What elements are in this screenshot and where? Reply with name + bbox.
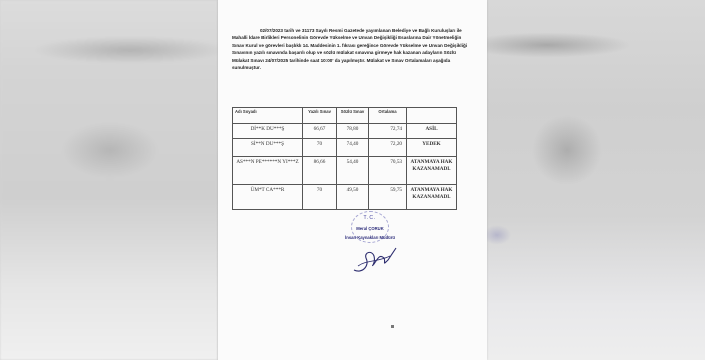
blurred-background-right [487,0,705,360]
table-header-row: Adı Soyadı Yazılı Sınav Sözlü Sınav Orta… [233,108,457,124]
signer-name: Meral ÇORUK [338,224,402,233]
header-average: Ortalama [369,108,407,124]
header-name: Adı Soyadı [233,108,303,124]
table-row: Dİ**K DU***Ş 66,67 78,80 72,74 ASİL [233,124,457,139]
blurred-background-left [0,0,218,360]
cell-status: ASİL [407,124,457,139]
header-oral: Sözlü Sınav [337,108,369,124]
cell-written: 66,67 [303,124,337,139]
intro-paragraph: 02/07/2023 tarih ve 31173 Sayılı Resmi G… [232,27,470,71]
cell-oral: 54,40 [337,157,369,185]
table-row: ÜM*T CA***R 70 49,50 59,75 ATANMAYA HAK … [233,185,457,210]
cell-written: 70 [303,139,337,157]
table-row: Sİ**N DU***Ş 70 74,40 72,20 YEDEK [233,139,457,157]
cell-name: ÜM*T CA***R [233,185,303,210]
cell-name: AS***N PE******N YI***Z [233,157,303,185]
header-written: Yazılı Sınav [303,108,337,124]
cell-average: 70,53 [369,157,407,185]
exam-results-table: Adı Soyadı Yazılı Sınav Sözlü Sınav Orta… [232,107,457,210]
cell-status: ATANMAYA HAK KAZANAMADI. [407,185,457,210]
cell-written: 86,66 [303,157,337,185]
cell-oral: 74,40 [337,139,369,157]
cell-oral: 78,80 [337,124,369,139]
cell-oral: 49,50 [337,185,369,210]
header-status [407,108,457,124]
page-mark [391,325,394,328]
cell-name: Sİ**N DU***Ş [233,139,303,157]
cell-average: 72,74 [369,124,407,139]
table-row: AS***N PE******N YI***Z 86,66 54,40 70,5… [233,157,457,185]
cell-status: ATANMAYA HAK KAZANAMADI. [407,157,457,185]
cell-average: 59,75 [369,185,407,210]
cell-written: 70 [303,185,337,210]
cell-status: YEDEK [407,139,457,157]
signature-icon [344,240,404,276]
stamp-header: T.C. [352,215,388,221]
intro-text: 02/07/2023 tarih ve 31173 Sayılı Resmi G… [232,28,467,70]
cell-average: 72,20 [369,139,407,157]
document-page: 02/07/2023 tarih ve 31173 Sayılı Resmi G… [218,0,487,360]
cell-name: Dİ**K DU***Ş [233,124,303,139]
